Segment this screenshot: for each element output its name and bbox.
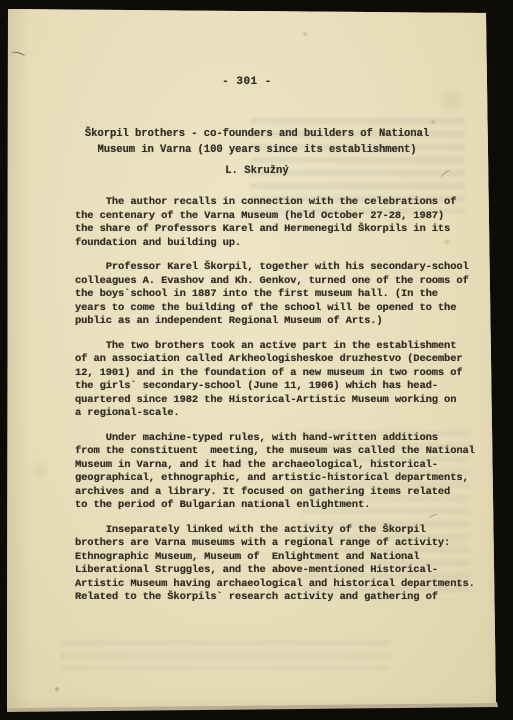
paragraph-3: The two brothers took an active part in … xyxy=(75,340,487,421)
document-title: Škorpil brothers - co-founders and build… xyxy=(10,127,504,158)
paragraph-5: Inseparately linked with the activity of… xyxy=(75,524,487,605)
title-line-1: Škorpil brothers - co-founders and build… xyxy=(10,127,504,143)
paragraph-2: Professor Karel Škorpil, together with h… xyxy=(75,261,487,329)
page-number: - 301 - xyxy=(0,76,494,88)
paragraph-1: The author recalls in connection with th… xyxy=(75,196,487,250)
paragraph-4: Under machine-typed rules, with hand-wri… xyxy=(75,432,487,513)
document-page: - 301 - Škorpil brothers - co-founders a… xyxy=(0,0,513,720)
title-line-2: Museum in Varna (100 years since its est… xyxy=(10,143,504,159)
scanned-document: - 301 - Škorpil brothers - co-founders a… xyxy=(0,0,513,720)
ink-bleedthrough xyxy=(60,640,390,670)
document-body: The author recalls in connection with th… xyxy=(75,196,487,616)
author-name: L. Skružný xyxy=(10,165,504,177)
scratch-mark xyxy=(9,50,25,61)
